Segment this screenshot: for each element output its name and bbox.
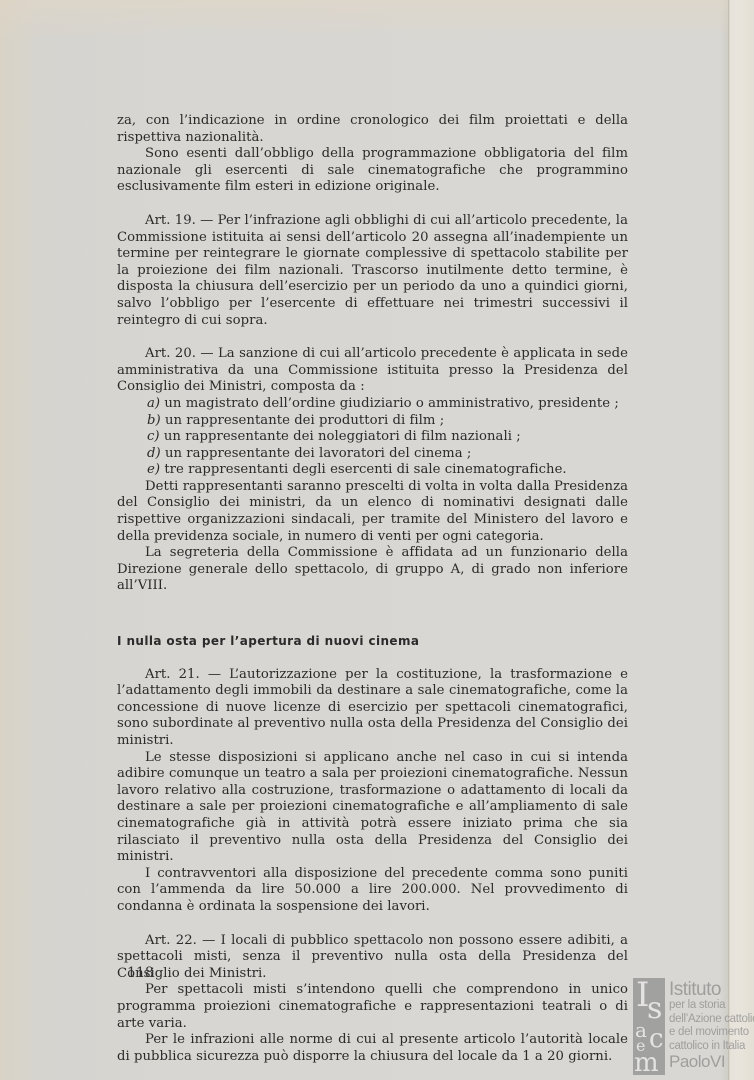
article-21-paragraph-2: Le stesse disposizioni si applicano anch… <box>117 750 628 866</box>
page-number: 118 <box>127 965 154 981</box>
article-19: Art. 19. — Per l’infrazione agli obbligh… <box>117 213 628 329</box>
scanned-page: za, con l’indicazione in ordine cronolog… <box>0 0 728 1080</box>
isacem-watermark-logo: I s a e c m Istituto per la storia dell’… <box>633 978 754 1080</box>
section-heading: I nulla osta per l’apertura di nuovi cin… <box>117 633 628 650</box>
list-item-text: tre rappresentanti degli esercenti di sa… <box>164 462 566 477</box>
article-22-paragraph-3: Per le infrazioni alle norme di cui al p… <box>117 1032 628 1065</box>
list-item: e) tre rappresentanti degli esercenti di… <box>117 462 628 479</box>
article-22-paragraph-2: Per spettacoli misti s’intendono quelli … <box>117 982 628 1032</box>
list-item: c) un rappresentante dei noleggiatori di… <box>117 429 628 446</box>
article-20-paragraph-3: La segreteria della Commissione è affida… <box>117 545 628 595</box>
list-item-text: un rappresentante dei produttori di film… <box>165 413 444 428</box>
logo-line: Istituto <box>669 980 754 999</box>
logo-line: dell’Azione cattolica <box>669 1013 754 1027</box>
logo-line: cattolico in Italia <box>669 1040 754 1054</box>
body-text: za, con l’indicazione in ordine cronolog… <box>117 113 628 1065</box>
list-item: d) un rappresentante dei lavoratori del … <box>117 446 628 463</box>
list-item-letter: e) <box>147 462 160 477</box>
logo-line: PaoloVI <box>669 1053 754 1071</box>
logo-line: e del movimento <box>669 1026 754 1040</box>
article-20-paragraph-2: Detti rappresentanti saranno prescelti d… <box>117 479 628 545</box>
article-20-intro: Art. 20. — La sanzione di cui all’artico… <box>117 346 628 396</box>
article-21-paragraph-1: Art. 21. — L’autorizzazione per la costi… <box>117 667 628 750</box>
list-item-letter: d) <box>147 446 161 461</box>
logo-text: Istituto per la storia dell’Azione catto… <box>669 980 754 1071</box>
opening-paragraph-continued: za, con l’indicazione in ordine cronolog… <box>117 113 628 146</box>
list-item-letter: b) <box>147 413 161 428</box>
list-item-text: un rappresentante dei lavoratori del cin… <box>165 446 471 461</box>
article-22-paragraph-1: Art. 22. — I locali di pubblico spettaco… <box>117 933 628 983</box>
list-item-text: un rappresentante dei noleggiatori di fi… <box>164 429 521 444</box>
list-item-letter: a) <box>147 396 160 411</box>
article-21-paragraph-3: I contravventori alla disposizione del p… <box>117 866 628 916</box>
next-page-edge <box>728 0 754 1080</box>
logo-line: per la storia <box>669 999 754 1013</box>
list-item: a) un magistrato dell’ordine giudiziario… <box>117 396 628 413</box>
opening-paragraph-exemption: Sono esenti dall’obbligo della programma… <box>117 146 628 196</box>
list-item: b) un rappresentante dei produttori di f… <box>117 413 628 430</box>
logo-monogram-icon: I s a e c m <box>633 978 665 1075</box>
list-item-text: un magistrato dell’ordine giudiziario o … <box>164 396 619 411</box>
article-20-list: a) un magistrato dell’ordine giudiziario… <box>117 396 628 479</box>
list-item-letter: c) <box>147 429 160 444</box>
